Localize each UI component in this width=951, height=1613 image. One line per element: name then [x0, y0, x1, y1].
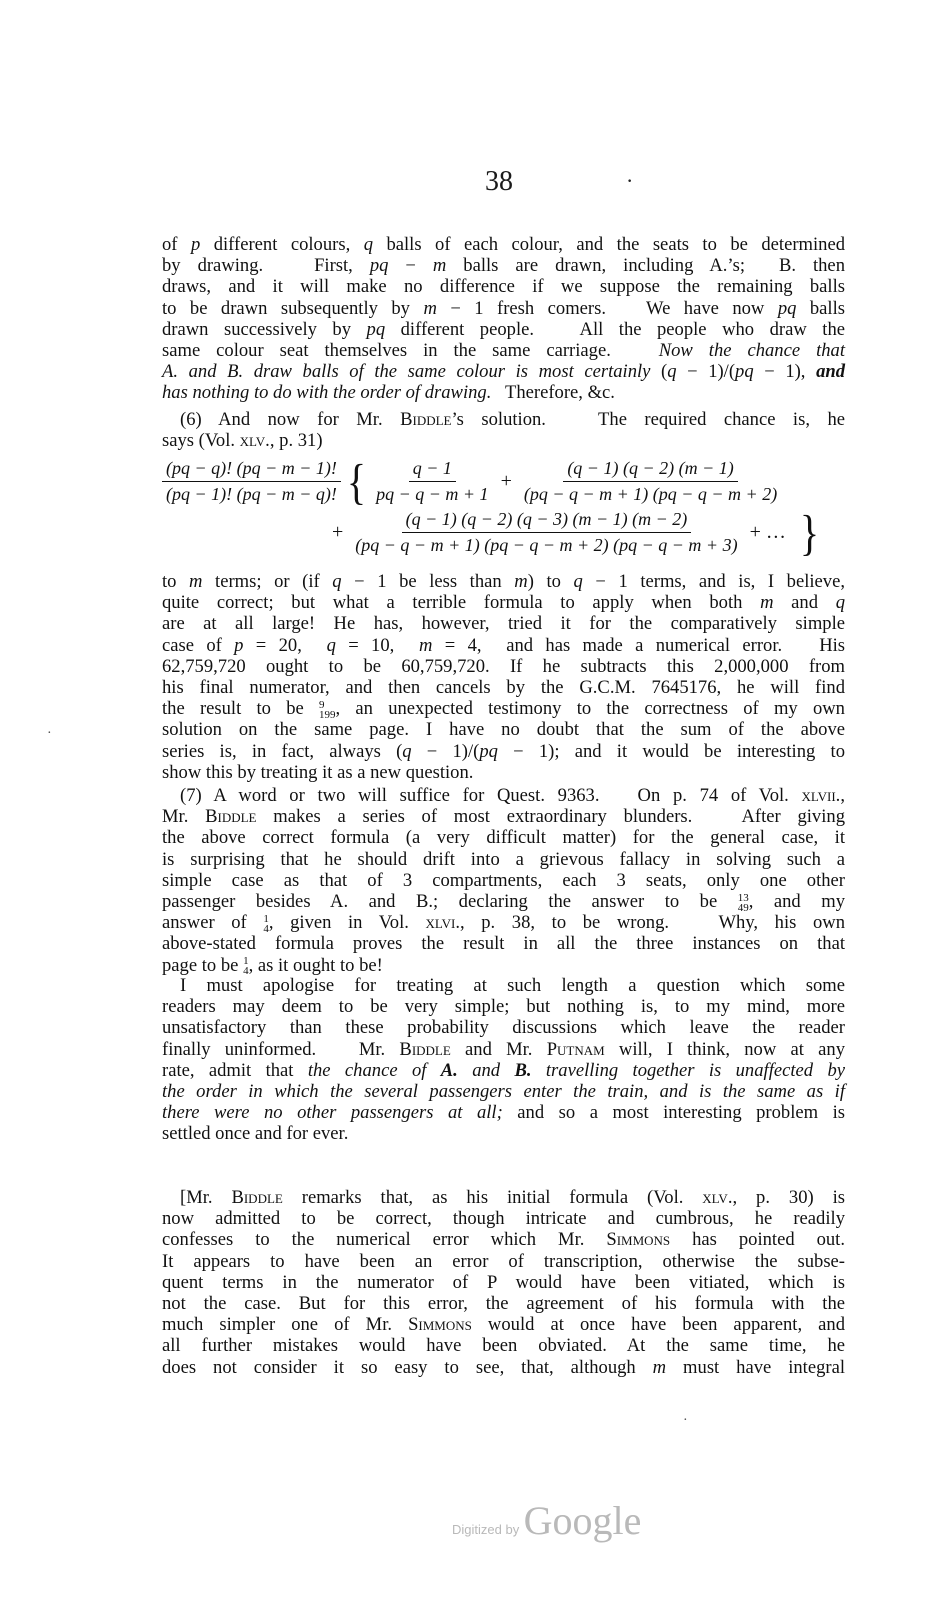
text-line: to be drawn subsequently by m − 1 fresh …: [162, 298, 845, 319]
scan-speck: ·: [47, 726, 52, 742]
scanned-book-page: 38 · · · of p different colours, q balls…: [0, 0, 951, 1613]
text-line: drawn successively by pq different peopl…: [162, 319, 845, 340]
watermark-prefix: Digitized by: [452, 1522, 519, 1537]
text-line: case of p = 20, q = 10, m = 4, and has m…: [162, 635, 845, 656]
scan-speck: ·: [626, 168, 633, 194]
text-line: all further mistakes would have been obv…: [162, 1335, 845, 1356]
page-number: 38: [485, 166, 513, 198]
term1-fraction: q − 1 pq − q − m + 1: [372, 458, 492, 505]
text-line: to m terms; or (if q − 1 be less than m)…: [162, 571, 845, 592]
text-line: (7) A word or two will suffice for Quest…: [162, 785, 845, 806]
paragraph-apologise: I must apologise for treating at such le…: [162, 975, 845, 1145]
text-line: same colour seat themselves in the same …: [162, 340, 845, 361]
term2-denominator: (pq − q − m + 1) (pq − q − m + 2): [520, 482, 781, 505]
paragraph-6-continued: to m terms; or (if q − 1 be less than m)…: [162, 571, 845, 783]
text-line: simple case as that of 3 compartments, e…: [162, 870, 845, 891]
text-line: 62,759,720 ought to be 60,759,720. If he…: [162, 656, 845, 677]
paragraph-biddle-remarks: [Mr. Biddle remarks that, as his initial…: [162, 1187, 845, 1378]
text-line: unsatisfactory than these probability di…: [162, 1017, 845, 1038]
plus-sign: +: [332, 521, 343, 544]
term2-numerator: (q − 1) (q − 2) (m − 1): [563, 458, 737, 482]
watermark-brand: Google: [524, 1498, 642, 1543]
text-line: above-stated formula proves the result i…: [162, 933, 845, 954]
text-line: I must apologise for treating at such le…: [162, 975, 845, 996]
term3-numerator: (q − 1) (q − 2) (q − 3) (m − 1) (m − 2): [402, 509, 692, 533]
text-line: page to be 14, as it ought to be!: [162, 955, 845, 976]
text-line: Mr. Biddle makes a series of most extrao…: [162, 806, 845, 827]
paragraph-continued: of p different colours, q balls of each …: [162, 234, 845, 404]
formula-row-2: + (q − 1) (q − 2) (q − 3) (m − 1) (m − 2…: [324, 509, 852, 556]
term1-denominator: pq − q − m + 1: [372, 482, 492, 505]
scan-speck: ·: [683, 1413, 688, 1429]
text-line: (6) And now for Mr. Biddle’s solution. T…: [162, 409, 845, 430]
text-line: has nothing to do with the order of draw…: [162, 382, 845, 403]
text-line: [Mr. Biddle remarks that, as his initial…: [162, 1187, 845, 1208]
text-line: of p different colours, q balls of each …: [162, 234, 845, 255]
fraction-9-199: 9199: [319, 700, 336, 720]
text-line: his final numerator, and then cancels by…: [162, 677, 845, 698]
text-line: much simpler one of Mr. Simmons would at…: [162, 1314, 845, 1335]
paragraph-7: (7) A word or two will suffice for Quest…: [162, 785, 845, 976]
text-line: finally uninformed. Mr. Biddle and Mr. P…: [162, 1039, 845, 1060]
text-line: now admitted to be correct, though intri…: [162, 1208, 845, 1229]
ellipsis: + …: [750, 521, 786, 544]
text-line: does not consider it so easy to see, tha…: [162, 1357, 845, 1378]
text-line: there were no other passengers at all; a…: [162, 1102, 845, 1123]
paragraph-6: (6) And now for Mr. Biddle’s solution. T…: [162, 409, 845, 451]
prefactor-fraction: (pq − q)! (pq − m − 1)! (pq − 1)! (pq − …: [162, 458, 341, 505]
text-line: not the case. But for this error, the ag…: [162, 1293, 845, 1314]
term3-denominator: (pq − q − m + 1) (pq − q − m + 2) (pq − …: [351, 533, 741, 556]
text-line: settled once and for ever.: [162, 1123, 845, 1144]
fraction-1-4: 14: [243, 956, 249, 976]
term1-numerator: q − 1: [409, 458, 456, 482]
text-line: It appears to have been an error of tran…: [162, 1251, 845, 1272]
open-brace: {: [347, 457, 366, 507]
fraction-13-49: 1349: [738, 893, 749, 913]
text-line: passenger besides A. and B.; declaring t…: [162, 891, 845, 912]
text-line: rate, admit that the chance of A. and B.…: [162, 1060, 845, 1081]
formula-row-1: (pq − q)! (pq − m − 1)! (pq − 1)! (pq − …: [162, 458, 852, 505]
text-line: the order in which the several passenger…: [162, 1081, 845, 1102]
text-line: the result to be 9199, an unexpected tes…: [162, 698, 845, 719]
text-line: solution on the same page. I have no dou…: [162, 719, 845, 740]
text-line: by drawing. First, pq − m balls are draw…: [162, 255, 845, 276]
term3-fraction: (q − 1) (q − 2) (q − 3) (m − 1) (m − 2) …: [351, 509, 741, 556]
text-line: confesses to the numerical error which M…: [162, 1229, 845, 1250]
prefactor-denominator: (pq − 1)! (pq − m − q)!: [162, 482, 341, 505]
text-line: A. and B. draw balls of the same colour …: [162, 361, 845, 382]
text-line: are at all large! He has, however, tried…: [162, 613, 845, 634]
google-watermark: Digitized by Google: [452, 1497, 641, 1544]
text-line: quite correct; but what a terrible formu…: [162, 592, 845, 613]
text-line: show this by treating it as a new questi…: [162, 762, 845, 783]
close-brace: }: [800, 508, 819, 558]
fraction-1-4: 14: [263, 914, 269, 934]
text-line: readers may deem to be very simple; but …: [162, 996, 845, 1017]
plus-sign: +: [501, 470, 512, 493]
text-line: is surprising that he should drift into …: [162, 849, 845, 870]
term2-fraction: (q − 1) (q − 2) (m − 1) (pq − q − m + 1)…: [520, 458, 781, 505]
text-line: the above correct formula (a very diffic…: [162, 827, 845, 848]
text-line: says (Vol. xlv., p. 31): [162, 430, 845, 451]
text-line: series is, in fact, always (q − 1)/(pq −…: [162, 741, 845, 762]
text-line: quent terms in the numerator of P would …: [162, 1272, 845, 1293]
biddle-formula: (pq − q)! (pq − m − 1)! (pq − 1)! (pq − …: [162, 458, 852, 556]
text-line: answer of 14, given in Vol. xlvi., p. 38…: [162, 912, 845, 933]
prefactor-numerator: (pq − q)! (pq − m − 1)!: [162, 458, 341, 482]
text-line: draws, and it will make no difference if…: [162, 276, 845, 297]
